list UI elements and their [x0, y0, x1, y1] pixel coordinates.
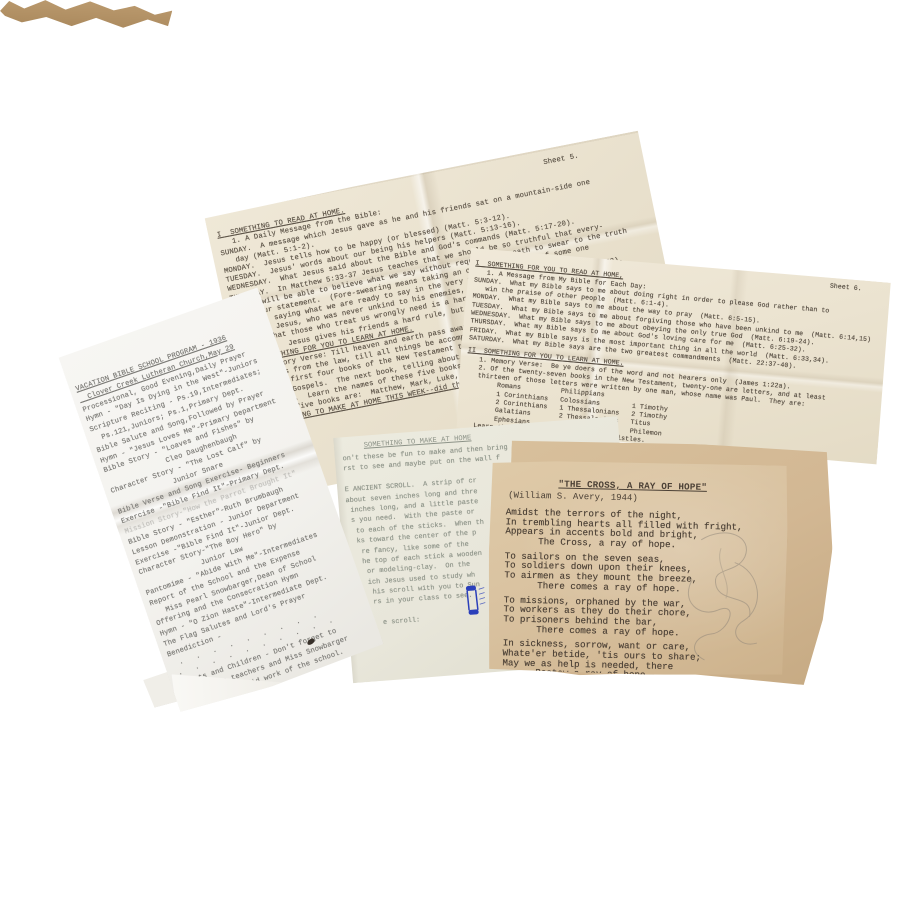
torn-kraft-edge: [0, 0, 173, 32]
ancient-scroll-drawing-icon: [462, 582, 488, 620]
photo-of-vintage-documents: Sheet 5.I SOMETHING TO READ AT HOME. 1. …: [0, 0, 900, 900]
poem-card: "THE CROSS, A RAY OF HOPE" (William S. A…: [486, 459, 789, 678]
pencil-scribble: [668, 521, 781, 673]
